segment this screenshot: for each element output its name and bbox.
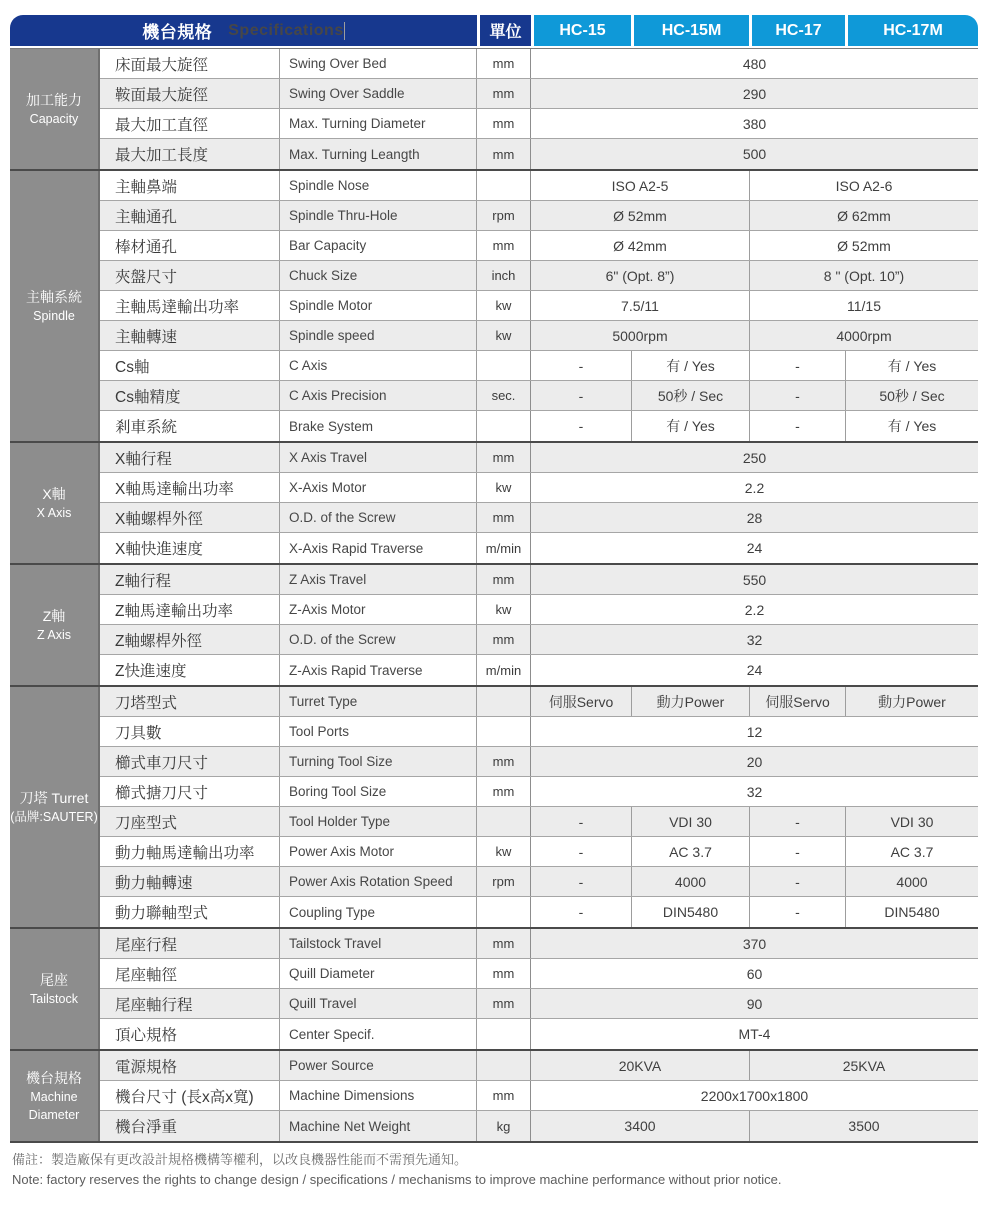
spec-unit: inch <box>477 261 531 290</box>
spec-unit: kw <box>477 837 531 866</box>
spec-value: 2.2 <box>531 473 978 502</box>
spec-row: 最大加工直徑Max. Turning Diametermm380 <box>100 109 978 139</box>
footnote-zh: 備註：製造廠保有更改設計規格機構等權利，以改良機器性能而不需預先通知。 <box>12 1150 972 1170</box>
spec-row: 動力聯軸型式Coupling Type-DIN5480-DIN5480 <box>100 897 978 927</box>
spec-label-zh: 床面最大旋徑 <box>100 49 280 78</box>
spec-unit: mm <box>477 231 531 260</box>
spec-label-en: Z-Axis Rapid Traverse <box>280 655 477 685</box>
spec-label-zh: 鞍面最大旋徑 <box>100 79 280 108</box>
spec-label-en: Power Source <box>280 1051 477 1080</box>
spec-unit: mm <box>477 989 531 1018</box>
spec-label-zh: 尾座軸行程 <box>100 989 280 1018</box>
spec-label-zh: Z軸行程 <box>100 565 280 594</box>
spec-value: DIN5480 <box>845 897 978 927</box>
spec-unit: rpm <box>477 201 531 230</box>
spec-value: 60 <box>531 959 978 988</box>
spec-label-zh: 尾座行程 <box>100 929 280 958</box>
spec-unit <box>477 411 531 441</box>
spec-value: 500 <box>531 139 978 169</box>
spec-row: Cs軸精度C Axis Precisionsec.-50秒 / Sec-50秒 … <box>100 381 978 411</box>
spec-label-en: Brake System <box>280 411 477 441</box>
section-sidebar-line: Machine <box>30 1088 77 1106</box>
spec-label-en: Coupling Type <box>280 897 477 927</box>
spec-label-en: Power Axis Motor <box>280 837 477 866</box>
spec-label-zh: 電源規格 <box>100 1051 280 1080</box>
spec-section: 尾座Tailstock尾座行程Tailstock Travelmm370尾座軸徑… <box>10 927 978 1049</box>
section-sidebar-line: (品牌:SAUTER) <box>10 808 98 826</box>
spec-section: 主軸系統Spindle主軸鼻端Spindle NoseISO A2-5ISO A… <box>10 169 978 441</box>
spec-row: X軸螺桿外徑O.D. of the Screwmm28 <box>100 503 978 533</box>
spec-value: 4000 <box>631 867 749 896</box>
footnotes: 備註：製造廠保有更改設計規格機構等權利，以改良機器性能而不需預先通知。 Note… <box>12 1150 972 1190</box>
spec-label-zh: X軸快進速度 <box>100 533 280 563</box>
spec-row: Z軸螺桿外徑O.D. of the Screwmm32 <box>100 625 978 655</box>
spec-row: 最大加工長度Max. Turning Leangthmm500 <box>100 139 978 169</box>
section-sidebar-line: Z Axis <box>37 626 71 644</box>
section-sidebar-label: 機台規格MachineDiameter <box>10 1051 100 1141</box>
spec-row: 床面最大旋徑Swing Over Bedmm480 <box>100 49 978 79</box>
spec-label-en: Max. Turning Diameter <box>280 109 477 138</box>
spec-label-zh: Z軸馬達輸出功率 <box>100 595 280 624</box>
spec-label-en: Spindle Motor <box>280 291 477 320</box>
spec-value: VDI 30 <box>631 807 749 836</box>
spec-label-en: O.D. of the Screw <box>280 503 477 532</box>
spec-value: 有 / Yes <box>845 351 978 380</box>
spec-value: - <box>531 897 631 927</box>
spec-value: - <box>531 807 631 836</box>
spec-value: 伺服Servo <box>531 687 631 716</box>
spec-row: 夾盤尺寸Chuck Sizeinch6" (Opt. 8”)8 " (Opt. … <box>100 261 978 291</box>
spec-section: X軸X AxisX軸行程X Axis Travelmm250X軸馬達輸出功率X-… <box>10 441 978 563</box>
spec-label-en: Center Specif. <box>280 1019 477 1049</box>
spec-value: 32 <box>531 777 978 806</box>
spec-label-en: Z-Axis Motor <box>280 595 477 624</box>
spec-label-en: Tool Ports <box>280 717 477 746</box>
spec-value: - <box>749 837 845 866</box>
section-sidebar-line: 主軸系統 <box>26 287 82 307</box>
spec-unit: mm <box>477 777 531 806</box>
table-title-en: Specifications <box>219 22 344 40</box>
spec-unit <box>477 807 531 836</box>
spec-label-en: Chuck Size <box>280 261 477 290</box>
table-title-zh: 機台規格 <box>142 18 212 43</box>
spec-label-en: Z Axis Travel <box>280 565 477 594</box>
spec-value: - <box>749 807 845 836</box>
spec-value: MT-4 <box>531 1019 978 1049</box>
spec-value: 250 <box>531 443 978 472</box>
spec-value: 7.5/11 <box>531 291 749 320</box>
spec-value: 20 <box>531 747 978 776</box>
spec-label-en: Spindle Thru-Hole <box>280 201 477 230</box>
spec-label-zh: 刀座型式 <box>100 807 280 836</box>
spec-row: 刀塔型式Turret Type伺服Servo動力Power伺服Servo動力Po… <box>100 687 978 717</box>
spec-label-en: Boring Tool Size <box>280 777 477 806</box>
spec-value: 6" (Opt. 8”) <box>531 261 749 290</box>
spec-value: 90 <box>531 989 978 1018</box>
spec-value: 5000rpm <box>531 321 749 350</box>
spec-label-zh: 機台淨重 <box>100 1111 280 1141</box>
spec-value: - <box>749 897 845 927</box>
spec-row: 電源規格Power Source20KVA25KVA <box>100 1051 978 1081</box>
spec-value: Ø 52mm <box>531 201 749 230</box>
spec-unit: mm <box>477 49 531 78</box>
model-column-header-hc17: HC-17 <box>749 15 845 46</box>
spec-unit: mm <box>477 109 531 138</box>
spec-label-zh: 剎車系統 <box>100 411 280 441</box>
spec-section: Z軸Z AxisZ軸行程Z Axis Travelmm550Z軸馬達輸出功率Z-… <box>10 563 978 685</box>
table-title: 機台規格 Specifications <box>10 15 477 46</box>
spec-unit: mm <box>477 503 531 532</box>
section-sidebar-line: 機台規格 <box>26 1068 82 1088</box>
section-sidebar-line: 尾座 <box>40 970 68 990</box>
spec-label-zh: 櫛式搪刀尺寸 <box>100 777 280 806</box>
spec-label-zh: Z軸螺桿外徑 <box>100 625 280 654</box>
spec-value: 4000 <box>845 867 978 896</box>
spec-value: - <box>531 837 631 866</box>
spec-label-en: X Axis Travel <box>280 443 477 472</box>
spec-value: AC 3.7 <box>631 837 749 866</box>
spec-row: 尾座軸徑Quill Diametermm60 <box>100 959 978 989</box>
spec-section: 機台規格MachineDiameter電源規格Power Source20KVA… <box>10 1049 978 1141</box>
spec-value: 3400 <box>531 1111 749 1141</box>
spec-row: 動力軸轉速Power Axis Rotation Speedrpm-4000-4… <box>100 867 978 897</box>
spec-row: Z軸馬達輸出功率Z-Axis Motorkw2.2 <box>100 595 978 625</box>
spec-unit <box>477 1019 531 1049</box>
spec-label-zh: X軸馬達輸出功率 <box>100 473 280 502</box>
spec-label-en: Tool Holder Type <box>280 807 477 836</box>
model-column-header-hc17m: HC-17M <box>845 15 978 46</box>
spec-unit: rpm <box>477 867 531 896</box>
spec-row: 尾座行程Tailstock Travelmm370 <box>100 929 978 959</box>
table-body: 加工能力Capacity床面最大旋徑Swing Over Bedmm480鞍面最… <box>10 48 978 1143</box>
spec-label-en: Spindle Nose <box>280 171 477 200</box>
section-sidebar-line: Capacity <box>30 110 79 128</box>
spec-value: 28 <box>531 503 978 532</box>
spec-value: 2200x1700x1800 <box>531 1081 978 1110</box>
spec-label-zh: 尾座軸徑 <box>100 959 280 988</box>
spec-value: 動力Power <box>631 687 749 716</box>
spec-unit: kw <box>477 473 531 502</box>
footnote-en: Note: factory reserves the rights to cha… <box>12 1170 972 1190</box>
spec-row: 動力軸馬達輸出功率Power Axis Motorkw-AC 3.7-AC 3.… <box>100 837 978 867</box>
spec-value: Ø 52mm <box>749 231 978 260</box>
spec-value: ISO A2-5 <box>531 171 749 200</box>
spec-label-en: X-Axis Rapid Traverse <box>280 533 477 563</box>
spec-label-zh: 刀具數 <box>100 717 280 746</box>
spec-value: ISO A2-6 <box>749 171 978 200</box>
spec-value: AC 3.7 <box>845 837 978 866</box>
spec-label-en: Turning Tool Size <box>280 747 477 776</box>
spec-value: 550 <box>531 565 978 594</box>
spec-unit: mm <box>477 79 531 108</box>
section-sidebar-label: 主軸系統Spindle <box>10 171 100 441</box>
spec-section: 加工能力Capacity床面最大旋徑Swing Over Bedmm480鞍面最… <box>10 48 978 169</box>
spec-label-en: Power Axis Rotation Speed <box>280 867 477 896</box>
section-sidebar-line: X Axis <box>37 504 72 522</box>
section-sidebar-line: 刀塔 Turret <box>20 788 89 808</box>
spec-value: 4000rpm <box>749 321 978 350</box>
spec-unit <box>477 171 531 200</box>
spec-value: 有 / Yes <box>631 351 749 380</box>
spec-unit: kw <box>477 321 531 350</box>
spec-value: - <box>531 381 631 410</box>
spec-unit: kg <box>477 1111 531 1141</box>
spec-label-zh: 動力軸馬達輸出功率 <box>100 837 280 866</box>
spec-value: 12 <box>531 717 978 746</box>
spec-label-en: Bar Capacity <box>280 231 477 260</box>
section-sidebar-label: 刀塔 Turret(品牌:SAUTER) <box>10 687 100 927</box>
specifications-table: 機台規格 Specifications 單位 HC-15 HC-15M HC-1… <box>10 15 978 1143</box>
spec-unit: sec. <box>477 381 531 410</box>
spec-unit <box>477 897 531 927</box>
spec-row: 頂心規格Center Specif.MT-4 <box>100 1019 978 1049</box>
spec-value: - <box>531 411 631 441</box>
spec-unit <box>477 687 531 716</box>
spec-label-en: Quill Travel <box>280 989 477 1018</box>
spec-label-zh: 頂心規格 <box>100 1019 280 1049</box>
spec-label-zh: 主軸鼻端 <box>100 171 280 200</box>
spec-row: 刀具數Tool Ports12 <box>100 717 978 747</box>
spec-label-zh: 動力軸轉速 <box>100 867 280 896</box>
spec-row: 主軸轉速Spindle speedkw5000rpm4000rpm <box>100 321 978 351</box>
spec-value: - <box>531 351 631 380</box>
spec-value: 24 <box>531 533 978 563</box>
spec-label-zh: 櫛式車刀尺寸 <box>100 747 280 776</box>
spec-value: 25KVA <box>749 1051 978 1080</box>
spec-unit <box>477 351 531 380</box>
unit-column-header: 單位 <box>477 15 531 46</box>
spec-value: 2.2 <box>531 595 978 624</box>
spec-unit: mm <box>477 959 531 988</box>
table-header-row: 機台規格 Specifications 單位 HC-15 HC-15M HC-1… <box>10 15 978 46</box>
spec-label-zh: X軸行程 <box>100 443 280 472</box>
spec-label-zh: 主軸通孔 <box>100 201 280 230</box>
spec-label-zh: 最大加工直徑 <box>100 109 280 138</box>
spec-value: Ø 42mm <box>531 231 749 260</box>
spec-value: 8 " (Opt. 10”) <box>749 261 978 290</box>
spec-row: Cs軸C Axis-有 / Yes-有 / Yes <box>100 351 978 381</box>
spec-row: 機台尺寸 (長x高x寬)Machine Dimensionsmm2200x170… <box>100 1081 978 1111</box>
spec-label-en: Tailstock Travel <box>280 929 477 958</box>
section-sidebar-line: Diameter <box>29 1106 80 1124</box>
model-column-header-hc15m: HC-15M <box>631 15 749 46</box>
spec-label-en: Machine Net Weight <box>280 1111 477 1141</box>
spec-row: X軸馬達輸出功率X-Axis Motorkw2.2 <box>100 473 978 503</box>
spec-unit: kw <box>477 595 531 624</box>
spec-value: 50秒 / Sec <box>631 381 749 410</box>
spec-label-zh: 刀塔型式 <box>100 687 280 716</box>
spec-unit: kw <box>477 291 531 320</box>
spec-value: 動力Power <box>845 687 978 716</box>
model-column-header-hc15: HC-15 <box>531 15 631 46</box>
spec-value: 50秒 / Sec <box>845 381 978 410</box>
spec-label-zh: 最大加工長度 <box>100 139 280 169</box>
spec-label-zh: 棒材通孔 <box>100 231 280 260</box>
spec-unit: mm <box>477 443 531 472</box>
spec-label-zh: Cs軸精度 <box>100 381 280 410</box>
spec-value: VDI 30 <box>845 807 978 836</box>
spec-row: 尾座軸行程Quill Travelmm90 <box>100 989 978 1019</box>
spec-value: 290 <box>531 79 978 108</box>
section-sidebar-label: 加工能力Capacity <box>10 49 100 169</box>
spec-value: 370 <box>531 929 978 958</box>
spec-unit: mm <box>477 929 531 958</box>
spec-label-en: X-Axis Motor <box>280 473 477 502</box>
spec-value: 3500 <box>749 1111 978 1141</box>
spec-label-en: C Axis <box>280 351 477 380</box>
section-sidebar-line: Spindle <box>33 307 75 325</box>
spec-value: 32 <box>531 625 978 654</box>
spec-value: - <box>749 351 845 380</box>
spec-value: 11/15 <box>749 291 978 320</box>
spec-unit: mm <box>477 625 531 654</box>
section-sidebar-line: Tailstock <box>30 990 78 1008</box>
spec-value: 有 / Yes <box>845 411 978 441</box>
spec-label-zh: X軸螺桿外徑 <box>100 503 280 532</box>
spec-section: 刀塔 Turret(品牌:SAUTER)刀塔型式Turret Type伺服Ser… <box>10 685 978 927</box>
spec-value: Ø 62mm <box>749 201 978 230</box>
spec-label-zh: 主軸轉速 <box>100 321 280 350</box>
spec-value: 380 <box>531 109 978 138</box>
spec-row: 刀座型式Tool Holder Type-VDI 30-VDI 30 <box>100 807 978 837</box>
spec-label-en: O.D. of the Screw <box>280 625 477 654</box>
spec-row: 櫛式車刀尺寸Turning Tool Sizemm20 <box>100 747 978 777</box>
spec-value: - <box>749 867 845 896</box>
spec-value: 480 <box>531 49 978 78</box>
spec-unit <box>477 1051 531 1080</box>
spec-row: 鞍面最大旋徑Swing Over Saddlemm290 <box>100 79 978 109</box>
spec-row: 棒材通孔Bar CapacitymmØ 42mmØ 52mm <box>100 231 978 261</box>
spec-label-en: Machine Dimensions <box>280 1081 477 1110</box>
spec-unit: mm <box>477 747 531 776</box>
spec-label-zh: 動力聯軸型式 <box>100 897 280 927</box>
spec-value: 20KVA <box>531 1051 749 1080</box>
spec-value: 伺服Servo <box>749 687 845 716</box>
spec-value: - <box>531 867 631 896</box>
spec-unit: m/min <box>477 533 531 563</box>
spec-label-en: Max. Turning Leangth <box>280 139 477 169</box>
spec-value: 有 / Yes <box>631 411 749 441</box>
spec-label-en: C Axis Precision <box>280 381 477 410</box>
spec-row: Z軸行程Z Axis Travelmm550 <box>100 565 978 595</box>
spec-value: - <box>749 381 845 410</box>
spec-row: Z快進速度Z-Axis Rapid Traversem/min24 <box>100 655 978 685</box>
section-sidebar-line: Z軸 <box>43 606 66 626</box>
spec-label-en: Swing Over Saddle <box>280 79 477 108</box>
spec-label-zh: 夾盤尺寸 <box>100 261 280 290</box>
spec-row: 主軸通孔Spindle Thru-HolerpmØ 52mmØ 62mm <box>100 201 978 231</box>
section-sidebar-line: X軸 <box>42 484 65 504</box>
spec-unit <box>477 717 531 746</box>
spec-row: 主軸鼻端Spindle NoseISO A2-5ISO A2-6 <box>100 171 978 201</box>
spec-value: - <box>749 411 845 441</box>
spec-label-zh: Z快進速度 <box>100 655 280 685</box>
section-sidebar-label: 尾座Tailstock <box>10 929 100 1049</box>
section-sidebar-label: X軸X Axis <box>10 443 100 563</box>
spec-unit: mm <box>477 1081 531 1110</box>
spec-row: 主軸馬達輸出功率Spindle Motorkw7.5/1111/15 <box>100 291 978 321</box>
spec-label-en: Spindle speed <box>280 321 477 350</box>
spec-value: 24 <box>531 655 978 685</box>
spec-label-zh: Cs軸 <box>100 351 280 380</box>
spec-label-en: Turret Type <box>280 687 477 716</box>
spec-label-en: Swing Over Bed <box>280 49 477 78</box>
spec-unit: m/min <box>477 655 531 685</box>
spec-row: 剎車系統Brake System-有 / Yes-有 / Yes <box>100 411 978 441</box>
section-sidebar-label: Z軸Z Axis <box>10 565 100 685</box>
section-sidebar-line: 加工能力 <box>26 90 82 110</box>
spec-unit: mm <box>477 565 531 594</box>
spec-label-zh: 主軸馬達輸出功率 <box>100 291 280 320</box>
spec-label-en: Quill Diameter <box>280 959 477 988</box>
spec-label-zh: 機台尺寸 (長x高x寬) <box>100 1081 280 1110</box>
spec-row: X軸快進速度X-Axis Rapid Traversem/min24 <box>100 533 978 563</box>
spec-unit: mm <box>477 139 531 169</box>
spec-row: 櫛式搪刀尺寸Boring Tool Sizemm32 <box>100 777 978 807</box>
spec-row: 機台淨重Machine Net Weightkg34003500 <box>100 1111 978 1141</box>
spec-row: X軸行程X Axis Travelmm250 <box>100 443 978 473</box>
spec-value: DIN5480 <box>631 897 749 927</box>
